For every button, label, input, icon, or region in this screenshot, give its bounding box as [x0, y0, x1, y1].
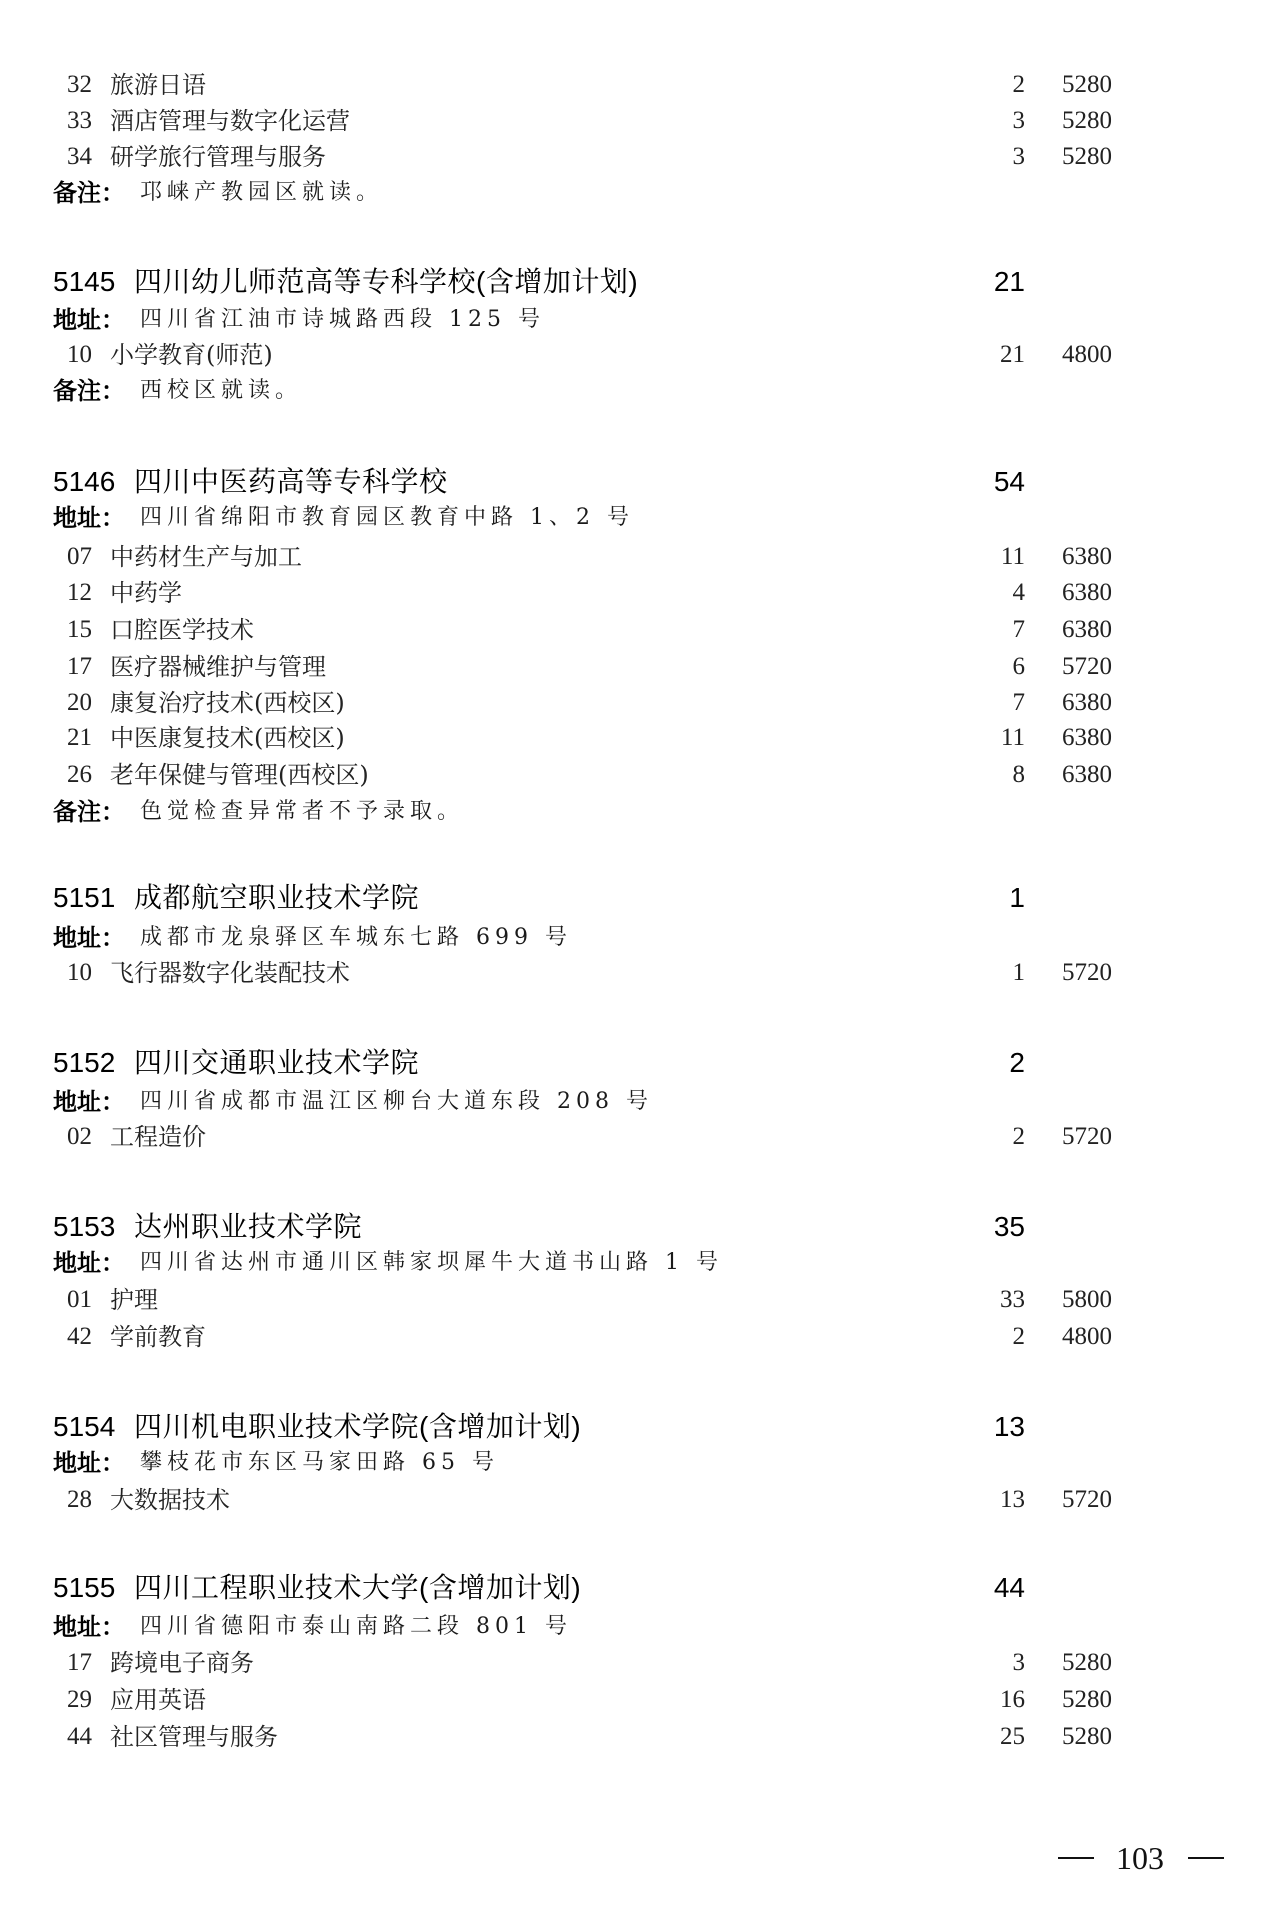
institution-name: 四川幼儿师范高等专科学校(含增加计划)	[134, 264, 638, 300]
major-fee: 6380	[1062, 720, 1112, 756]
address-text: 四川省成都市温江区柳台大道东段 208 号	[140, 1084, 653, 1120]
page-footer: 103	[1050, 1840, 1240, 1876]
major-count: 7	[1013, 685, 1026, 721]
major-row: 02 工程造价 2 5720	[0, 1119, 1270, 1155]
institution-code: 5155	[53, 1570, 115, 1606]
major-code: 28	[67, 1482, 92, 1518]
major-name: 护理	[110, 1282, 158, 1318]
address-text: 四川省达州市通川区韩家坝犀牛大道书山路 1 号	[140, 1245, 723, 1281]
major-count: 16	[1000, 1682, 1025, 1718]
major-row: 07 中药材生产与加工 11 6380	[0, 539, 1270, 575]
major-row: 15 口腔医学技术 7 6380	[0, 612, 1270, 648]
institution-code: 5153	[53, 1209, 115, 1245]
address-line: 地址： 四川省达州市通川区韩家坝犀牛大道书山路 1 号	[0, 1245, 1270, 1281]
major-name: 中药学	[110, 575, 182, 611]
major-fee: 4800	[1062, 337, 1112, 373]
major-code: 07	[67, 539, 92, 575]
address-label: 地址：	[53, 1445, 125, 1481]
remark-label: 备注：	[53, 175, 125, 211]
remark-label: 备注：	[53, 373, 125, 409]
major-count: 1	[1013, 955, 1026, 991]
address-line: 地址： 四川省绵阳市教育园区教育中路 1、2 号	[0, 500, 1270, 536]
institution-code: 5151	[53, 880, 115, 916]
institution-name: 成都航空职业技术学院	[134, 880, 419, 916]
address-label: 地址：	[53, 500, 125, 536]
major-row: 34 研学旅行管理与服务 3 5280	[0, 139, 1270, 175]
major-count: 11	[1001, 539, 1025, 575]
major-row: 44 社区管理与服务 25 5280	[0, 1719, 1270, 1755]
major-fee: 6380	[1062, 575, 1112, 611]
major-count: 33	[1000, 1282, 1025, 1318]
major-fee: 5720	[1062, 1482, 1112, 1518]
major-row: 21 中医康复技术(西校区) 11 6380	[0, 720, 1270, 756]
institution-total: 2	[1009, 1045, 1025, 1081]
major-row: 01 护理 33 5800	[0, 1282, 1270, 1318]
major-name: 酒店管理与数字化运营	[110, 103, 350, 139]
institution-total: 21	[994, 264, 1025, 300]
major-row: 17 跨境电子商务 3 5280	[0, 1645, 1270, 1681]
major-name: 中药材生产与加工	[110, 539, 302, 575]
major-fee: 6380	[1062, 685, 1112, 721]
institution-code: 5152	[53, 1045, 115, 1081]
address-text: 攀枝花市东区马家田路 65 号	[140, 1445, 499, 1481]
address-text: 四川省德阳市泰山南路二段 801 号	[140, 1609, 572, 1645]
address-label: 地址：	[53, 302, 125, 338]
major-code: 01	[67, 1282, 92, 1318]
institution-name: 四川工程职业技术大学(含增加计划)	[134, 1570, 581, 1606]
major-code: 26	[67, 757, 92, 793]
page-number: 103	[1116, 1840, 1164, 1876]
major-fee: 5800	[1062, 1282, 1112, 1318]
remark-text: 西校区就读。	[140, 373, 302, 409]
institution-header: 5154 四川机电职业技术学院(含增加计划) 13	[0, 1409, 1270, 1445]
major-count: 13	[1000, 1482, 1025, 1518]
major-fee: 5720	[1062, 955, 1112, 991]
major-row: 42 学前教育 2 4800	[0, 1319, 1270, 1355]
institution-name: 四川中医药高等专科学校	[134, 464, 448, 500]
major-code: 10	[67, 955, 92, 991]
major-code: 33	[67, 103, 92, 139]
major-fee: 5280	[1062, 67, 1112, 103]
remark-label: 备注：	[53, 794, 125, 830]
major-name: 学前教育	[110, 1319, 206, 1355]
address-label: 地址：	[53, 1245, 125, 1281]
major-count: 25	[1000, 1719, 1025, 1755]
major-code: 21	[67, 720, 92, 756]
major-code: 20	[67, 685, 92, 721]
major-count: 2	[1013, 1119, 1026, 1155]
major-row: 26 老年保健与管理(西校区) 8 6380	[0, 757, 1270, 793]
major-row: 17 医疗器械维护与管理 6 5720	[0, 649, 1270, 685]
remark-line: 备注： 西校区就读。	[0, 373, 1270, 409]
institution-code: 5154	[53, 1409, 115, 1445]
major-count: 3	[1013, 1645, 1026, 1681]
major-row: 10 小学教育(师范) 21 4800	[0, 337, 1270, 373]
major-count: 21	[1000, 337, 1025, 373]
major-row: 33 酒店管理与数字化运营 3 5280	[0, 103, 1270, 139]
dash-right	[1188, 1857, 1224, 1859]
document-page: 32 旅游日语 2 5280 33 酒店管理与数字化运营 3 5280 34 研…	[0, 0, 1270, 1911]
dash-left	[1058, 1857, 1094, 1859]
institution-name: 达州职业技术学院	[134, 1209, 362, 1245]
major-fee: 5280	[1062, 1645, 1112, 1681]
major-code: 10	[67, 337, 92, 373]
major-name: 康复治疗技术(西校区)	[110, 685, 345, 721]
institution-header: 5146 四川中医药高等专科学校 54	[0, 464, 1270, 500]
major-code: 02	[67, 1119, 92, 1155]
major-count: 7	[1013, 612, 1026, 648]
major-name: 大数据技术	[110, 1482, 230, 1518]
address-text: 成都市龙泉驿区车城东七路 699 号	[140, 920, 572, 956]
major-code: 12	[67, 575, 92, 611]
institution-header: 5153 达州职业技术学院 35	[0, 1209, 1270, 1245]
major-row: 20 康复治疗技术(西校区) 7 6380	[0, 685, 1270, 721]
major-name: 医疗器械维护与管理	[110, 649, 326, 685]
major-name: 跨境电子商务	[110, 1645, 254, 1681]
major-fee: 6380	[1062, 539, 1112, 575]
major-name: 飞行器数字化装配技术	[110, 955, 350, 991]
address-line: 地址： 攀枝花市东区马家田路 65 号	[0, 1445, 1270, 1481]
major-fee: 5280	[1062, 103, 1112, 139]
major-fee: 5280	[1062, 1682, 1112, 1718]
institution-name: 四川机电职业技术学院(含增加计划)	[134, 1409, 581, 1445]
remark-line: 备注： 色觉检查异常者不予录取。	[0, 794, 1270, 830]
major-fee: 5280	[1062, 1719, 1112, 1755]
institution-header: 5155 四川工程职业技术大学(含增加计划) 44	[0, 1570, 1270, 1606]
major-row: 32 旅游日语 2 5280	[0, 67, 1270, 103]
major-count: 4	[1013, 575, 1026, 611]
major-fee: 6380	[1062, 757, 1112, 793]
address-label: 地址：	[53, 1609, 125, 1645]
address-label: 地址：	[53, 920, 125, 956]
major-count: 2	[1013, 1319, 1026, 1355]
address-line: 地址： 四川省江油市诗城路西段 125 号	[0, 302, 1270, 338]
major-row: 29 应用英语 16 5280	[0, 1682, 1270, 1718]
major-name: 应用英语	[110, 1682, 206, 1718]
major-code: 15	[67, 612, 92, 648]
major-code: 29	[67, 1682, 92, 1718]
major-fee: 4800	[1062, 1319, 1112, 1355]
major-name: 社区管理与服务	[110, 1719, 278, 1755]
institution-total: 13	[994, 1409, 1025, 1445]
address-line: 地址： 四川省成都市温江区柳台大道东段 208 号	[0, 1084, 1270, 1120]
major-name: 中医康复技术(西校区)	[110, 720, 345, 756]
institution-header: 5145 四川幼儿师范高等专科学校(含增加计划) 21	[0, 264, 1270, 300]
major-fee: 6380	[1062, 612, 1112, 648]
institution-name: 四川交通职业技术学院	[134, 1045, 419, 1081]
major-count: 8	[1013, 757, 1026, 793]
major-fee: 5720	[1062, 1119, 1112, 1155]
address-text: 四川省绵阳市教育园区教育中路 1、2 号	[140, 500, 634, 536]
major-code: 42	[67, 1319, 92, 1355]
major-row: 28 大数据技术 13 5720	[0, 1482, 1270, 1518]
major-row: 10 飞行器数字化装配技术 1 5720	[0, 955, 1270, 991]
institution-header: 5152 四川交通职业技术学院 2	[0, 1045, 1270, 1081]
major-code: 17	[67, 649, 92, 685]
major-code: 32	[67, 67, 92, 103]
institution-total: 54	[994, 464, 1025, 500]
remark-line: 备注： 邛崃产教园区就读。	[0, 175, 1270, 211]
address-line: 地址： 成都市龙泉驿区车城东七路 699 号	[0, 920, 1270, 956]
major-name: 口腔医学技术	[110, 612, 254, 648]
major-name: 老年保健与管理(西校区)	[110, 757, 369, 793]
major-code: 34	[67, 139, 92, 175]
institution-code: 5145	[53, 264, 115, 300]
remark-text: 邛崃产教园区就读。	[140, 175, 383, 211]
major-fee: 5280	[1062, 139, 1112, 175]
address-line: 地址： 四川省德阳市泰山南路二段 801 号	[0, 1609, 1270, 1645]
address-label: 地址：	[53, 1084, 125, 1120]
major-count: 11	[1001, 720, 1025, 756]
major-name: 旅游日语	[110, 67, 206, 103]
institution-code: 5146	[53, 464, 115, 500]
remark-text: 色觉检查异常者不予录取。	[140, 794, 464, 830]
major-count: 3	[1013, 139, 1026, 175]
major-code: 17	[67, 1645, 92, 1681]
major-count: 6	[1013, 649, 1026, 685]
institution-total: 44	[994, 1570, 1025, 1606]
institution-total: 35	[994, 1209, 1025, 1245]
major-code: 44	[67, 1719, 92, 1755]
major-count: 3	[1013, 103, 1026, 139]
institution-header: 5151 成都航空职业技术学院 1	[0, 880, 1270, 916]
major-name: 工程造价	[110, 1119, 206, 1155]
institution-total: 1	[1009, 880, 1025, 916]
major-name: 小学教育(师范)	[110, 337, 273, 373]
address-text: 四川省江油市诗城路西段 125 号	[140, 302, 545, 338]
major-count: 2	[1013, 67, 1026, 103]
major-name: 研学旅行管理与服务	[110, 139, 326, 175]
major-row: 12 中药学 4 6380	[0, 575, 1270, 611]
major-fee: 5720	[1062, 649, 1112, 685]
